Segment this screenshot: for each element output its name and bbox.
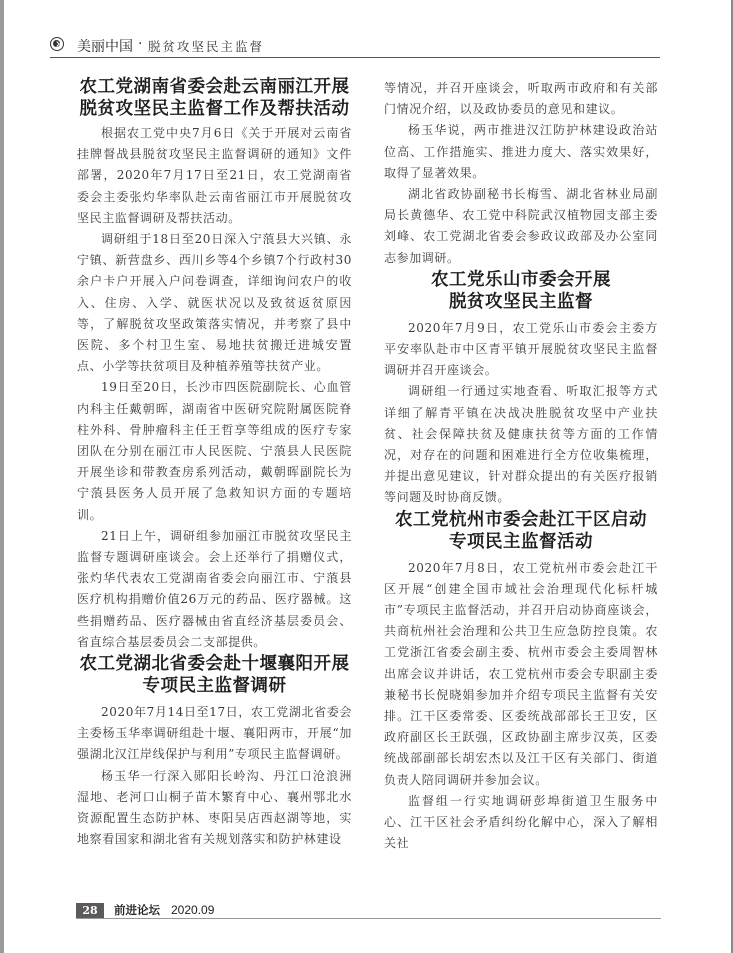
page-number: 28 (76, 903, 104, 918)
title-line: 农工党杭州市委会赴江干区启动 (384, 509, 658, 531)
paragraph: 调研组一行通过实地查看、听取汇报等方式详细了解青平镇在决战决胜脱贫攻坚中产业扶贫… (384, 381, 658, 508)
article-hubei: 农工党湖北省委会赴十堰襄阳开展 专项民主监督调研 2020年7月14日至17日，… (77, 653, 352, 850)
title-line: 专项民主监督活动 (384, 531, 658, 553)
paragraph: 杨玉华一行深入郧阳长岭沟、丹江口沧浪洲湿地、老河口山桐子苗木繁育中心、襄州鄂北水… (77, 766, 352, 851)
article-leshan: 农工党乐山市委会开展 脱贫攻坚民主监督 2020年7月9日，农工党乐山市委会主委… (384, 269, 658, 509)
right-column: 等情况，并召开座谈会，听取两市政府和有关部门情况介绍，以及政协委员的意见和建议。… (384, 78, 658, 855)
paragraph: 监督组一行实地调研彭埠街道卫生服务中心、江干区社会矛盾纠纷化解中心，深入了解相关… (384, 791, 658, 855)
paragraph: 湖北省政协副秘书长梅雪、湖北省林业局副局长黄德华、农工党中科院武汉植物园支部主委… (384, 184, 658, 269)
article-hubei-continued: 等情况，并召开座谈会，听取两市政府和有关部门情况介绍，以及政协委员的意见和建议。… (384, 78, 658, 269)
paragraph: 19日至20日，长沙市四医院副院长、心血管内科主任戴朝晖，湖南省中医研究院附属医… (77, 377, 352, 525)
title-line: 农工党乐山市委会开展 (384, 269, 658, 291)
issue-date: 2020.09 (171, 903, 214, 918)
article-title: 农工党湖南省委会赴云南丽江开展 脱贫攻坚民主监督工作及帮扶活动 (77, 76, 352, 120)
running-header: 美丽中国 · 脱贫攻坚民主监督 (50, 36, 660, 58)
page-left-edge (0, 0, 4, 953)
paragraph: 2020年7月9日，农工党乐山市委会主委方平安率队赴市中区青平镇开展脱贫攻坚民主… (384, 318, 658, 382)
article-hangzhou: 农工党杭州市委会赴江干区启动 专项民主监督活动 2020年7月8日，农工党杭州市… (384, 509, 658, 855)
title-line: 脱贫攻坚民主监督工作及帮扶活动 (77, 98, 352, 120)
paragraph: 调研组于18日至20日深入宁蒗县大兴镇、永宁镇、新营盘乡、西川乡等4个乡镇7个行… (77, 229, 352, 377)
article-body: 2020年7月8日，农工党杭州市委会赴江干区开展“创建全国市域社会治理现代化标杆… (384, 558, 658, 855)
magazine-name: 前进论坛 (114, 903, 160, 918)
left-column: 农工党湖南省委会赴云南丽江开展 脱贫攻坚民主监督工作及帮扶活动 根据农工党中央7… (77, 76, 352, 851)
title-line: 专项民主监督调研 (77, 675, 352, 697)
paragraph: 杨玉华说，两市推进汉江防护林建设政治站位高、工作措施实、推进力度大、落实效果好，… (384, 120, 658, 184)
running-footer: 28 前进论坛 2020.09 (76, 903, 661, 919)
paragraph: 根据农工党中央7月6日《关于开展对云南省挂牌督战县脱贫攻坚民主监督调研的通知》文… (77, 123, 352, 229)
paragraph: 等情况，并召开座谈会，听取两市政府和有关部门情况介绍，以及政协委员的意见和建议。 (384, 78, 658, 120)
article-body: 2020年7月14日至17日，农工党湖北省委会主委杨玉华率调研组赴十堰、襄阳两市… (77, 702, 352, 850)
paragraph: 21日上午，调研组参加丽江市脱贫攻坚民主监督专题调研座谈会。会上还举行了捐赠仪式… (77, 526, 352, 653)
article-title: 农工党乐山市委会开展 脱贫攻坚民主监督 (384, 269, 658, 313)
section-name: 脱贫攻坚民主监督 (148, 37, 264, 55)
paragraph: 2020年7月14日至17日，农工党湖北省委会主委杨玉华率调研组赴十堰、襄阳两市… (77, 702, 352, 766)
title-line: 脱贫攻坚民主监督 (384, 291, 658, 313)
title-line: 农工党湖南省委会赴云南丽江开展 (77, 76, 352, 98)
article-hunan: 农工党湖南省委会赴云南丽江开展 脱贫攻坚民主监督工作及帮扶活动 根据农工党中央7… (77, 76, 352, 653)
paragraph: 2020年7月8日，农工党杭州市委会赴江干区开展“创建全国市域社会治理现代化标杆… (384, 558, 658, 791)
title-line: 农工党湖北省委会赴十堰襄阳开展 (77, 653, 352, 675)
circle-arrow-right-icon (50, 37, 64, 51)
article-body: 2020年7月9日，农工党乐山市委会主委方平安率队赴市中区青平镇开展脱贫攻坚民主… (384, 318, 658, 509)
article-title: 农工党杭州市委会赴江干区启动 专项民主监督活动 (384, 509, 658, 553)
column-brand: 美丽中国 (77, 36, 133, 56)
article-body: 根据农工党中央7月6日《关于开展对云南省挂牌督战县脱贫攻坚民主监督调研的通知》文… (77, 123, 352, 653)
article-title: 农工党湖北省委会赴十堰襄阳开展 专项民主监督调研 (77, 653, 352, 697)
header-separator: · (138, 36, 142, 52)
